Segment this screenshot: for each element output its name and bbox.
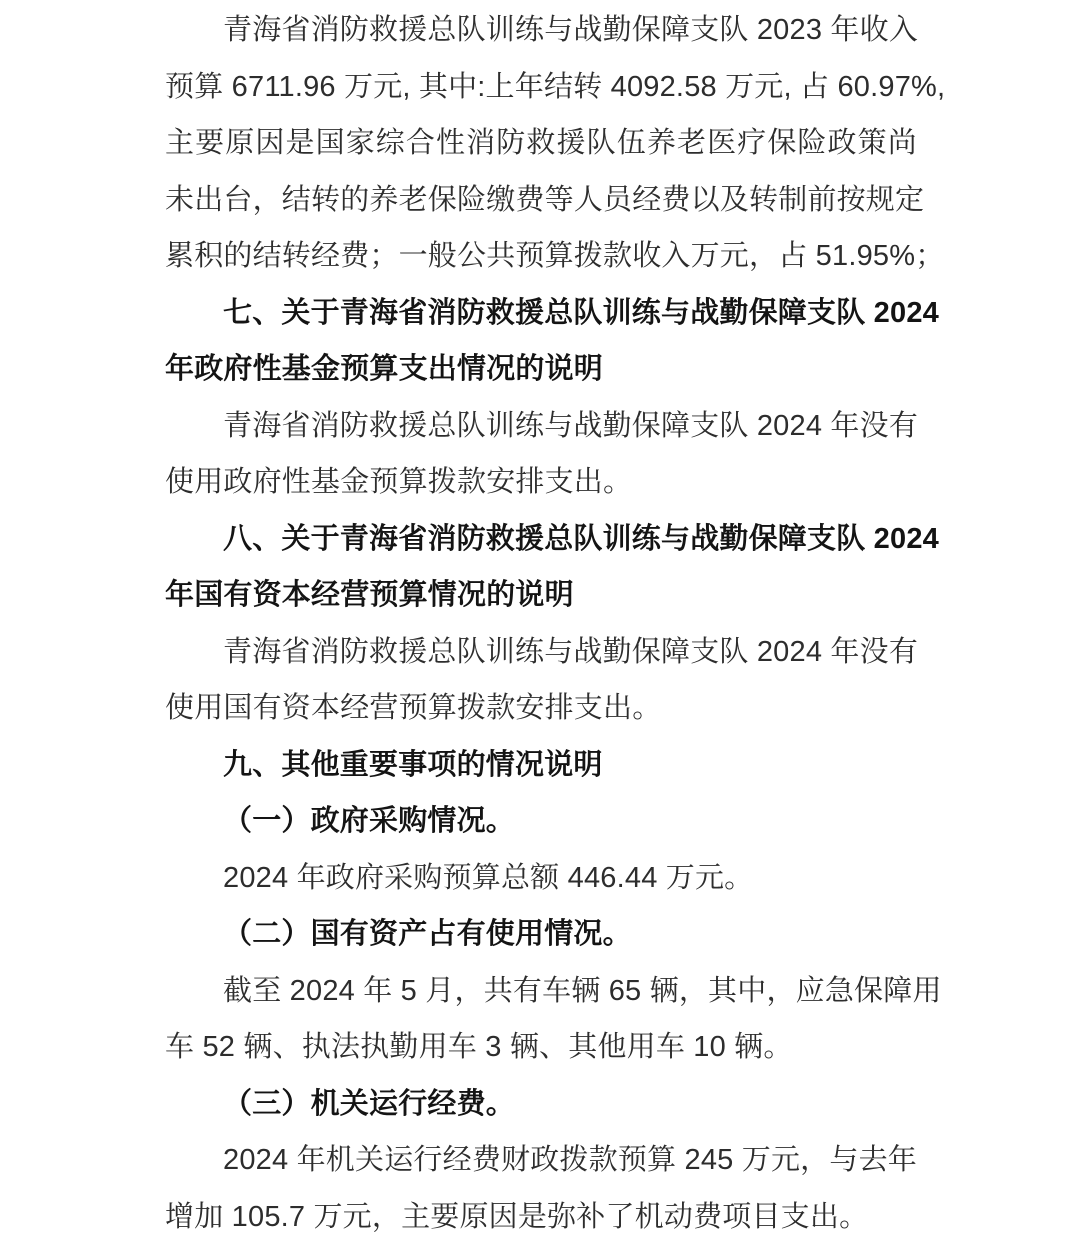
paragraph-line: 截至 2024 年 5 月，共有车辆 65 辆，其中，应急保障用 xyxy=(165,963,917,1020)
heading-line: 七、关于青海省消防救援总队训练与战勤保障支队 2024 xyxy=(165,285,917,342)
heading-line: 九、其他重要事项的情况说明 xyxy=(165,737,917,794)
paragraph-line: 预算 6711.96 万元, 其中:上年结转 4092.58 万元, 占 60.… xyxy=(165,59,917,116)
paragraph-line: 未出台，结转的养老保险缴费等人员经费以及转制前按规定 xyxy=(165,172,917,229)
paragraph-line: 使用国有资本经营预算拨款安排支出。 xyxy=(165,680,917,737)
heading-line: 年政府性基金预算支出情况的说明 xyxy=(165,341,917,398)
heading-line: （三）机关运行经费。 xyxy=(165,1076,917,1133)
heading-line: 八、关于青海省消防救援总队训练与战勤保障支队 2024 xyxy=(165,511,917,568)
paragraph-line: 青海省消防救援总队训练与战勤保障支队 2024 年没有 xyxy=(165,398,917,455)
text-lines-container: 青海省消防救援总队训练与战勤保障支队 2023 年收入预算 6711.96 万元… xyxy=(165,2,917,1244)
paragraph-line: 累积的结转经费；一般公共预算拨款收入万元，占 51.95%； xyxy=(165,228,917,285)
document-body: 青海省消防救援总队训练与战勤保障支队 2023 年收入预算 6711.96 万元… xyxy=(0,0,1080,1244)
paragraph-line: 青海省消防救援总队训练与战勤保障支队 2024 年没有 xyxy=(165,624,917,681)
paragraph-line: 2024 年政府采购预算总额 446.44 万元。 xyxy=(165,850,917,907)
heading-line: 年国有资本经营预算情况的说明 xyxy=(165,567,917,624)
paragraph-line: 车 52 辆、执法执勤用车 3 辆、其他用车 10 辆。 xyxy=(165,1019,917,1076)
heading-line: （二）国有资产占有使用情况。 xyxy=(165,906,917,963)
paragraph-line: 2024 年机关运行经费财政拨款预算 245 万元，与去年 xyxy=(165,1132,917,1189)
paragraph-line: 使用政府性基金预算拨款安排支出。 xyxy=(165,454,917,511)
heading-line: （一）政府采购情况。 xyxy=(165,793,917,850)
paragraph-line: 增加 105.7 万元，主要原因是弥补了机动费项目支出。 xyxy=(165,1189,917,1244)
page: { "colors": { "background": "#ffffff", "… xyxy=(0,0,1080,1244)
paragraph-line: 青海省消防救援总队训练与战勤保障支队 2023 年收入 xyxy=(165,2,917,59)
paragraph-line: 主要原因是国家综合性消防救援队伍养老医疗保险政策尚 xyxy=(165,115,917,172)
